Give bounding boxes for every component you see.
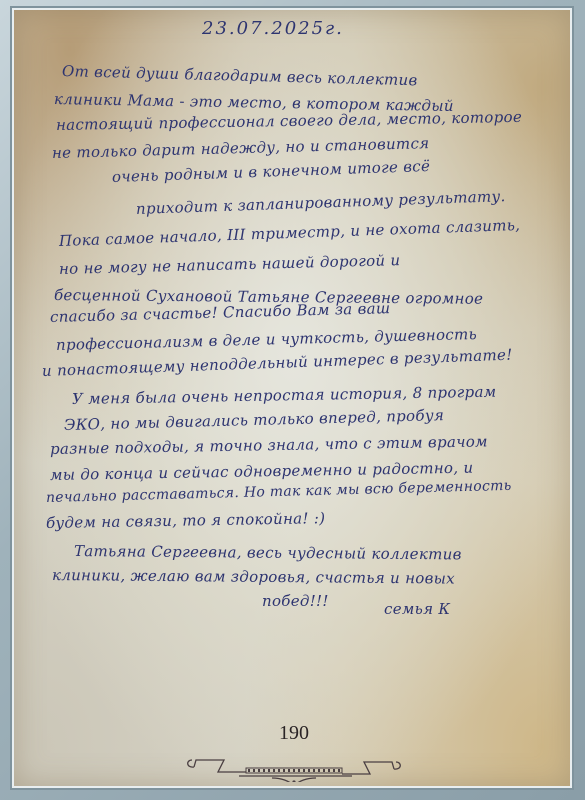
letter-line: настоящий профессионал своего дела, мест…: [56, 108, 522, 134]
letter-line: очень родным и в конечном итоге всё: [112, 157, 431, 186]
picture-frame: 23.07.2025г. От всей души благодарим вес…: [0, 0, 585, 800]
letter-line: От всей души благодарим весь коллектив: [62, 62, 418, 89]
letter-line: клиники, желаю вам здоровья, счастья и н…: [52, 566, 455, 588]
letter-line: но не могу не написать нашей дорогой и: [59, 251, 401, 278]
decorative-ornament-icon: [184, 748, 404, 782]
letter-page: 23.07.2025г. От всей души благодарим вес…: [12, 8, 572, 788]
letter-line: У меня была очень непростая история, 8 п…: [72, 383, 497, 408]
letter-line: не только дарит надежду, но и становится: [52, 134, 430, 162]
page-number: 190: [14, 722, 574, 745]
letter-line: разные подходы, я точно знала, что с эти…: [50, 432, 488, 458]
letter-line: Татьяна Сергеевна, весь чудесный коллект…: [74, 542, 462, 563]
letter-date: 23.07.2025г.: [202, 18, 344, 39]
letter-line: приходит к запланированному результату.: [136, 187, 506, 218]
letter-line: Пока самое начало, III триместр, и не ох…: [59, 216, 521, 250]
letter-line: побед!!!: [262, 592, 329, 610]
signature: семья К: [384, 600, 450, 618]
letter-line: будем на связи, то я спокойна! :): [46, 509, 326, 532]
letter-line: ЭКО, но мы двигались только вперед, проб…: [64, 406, 445, 434]
